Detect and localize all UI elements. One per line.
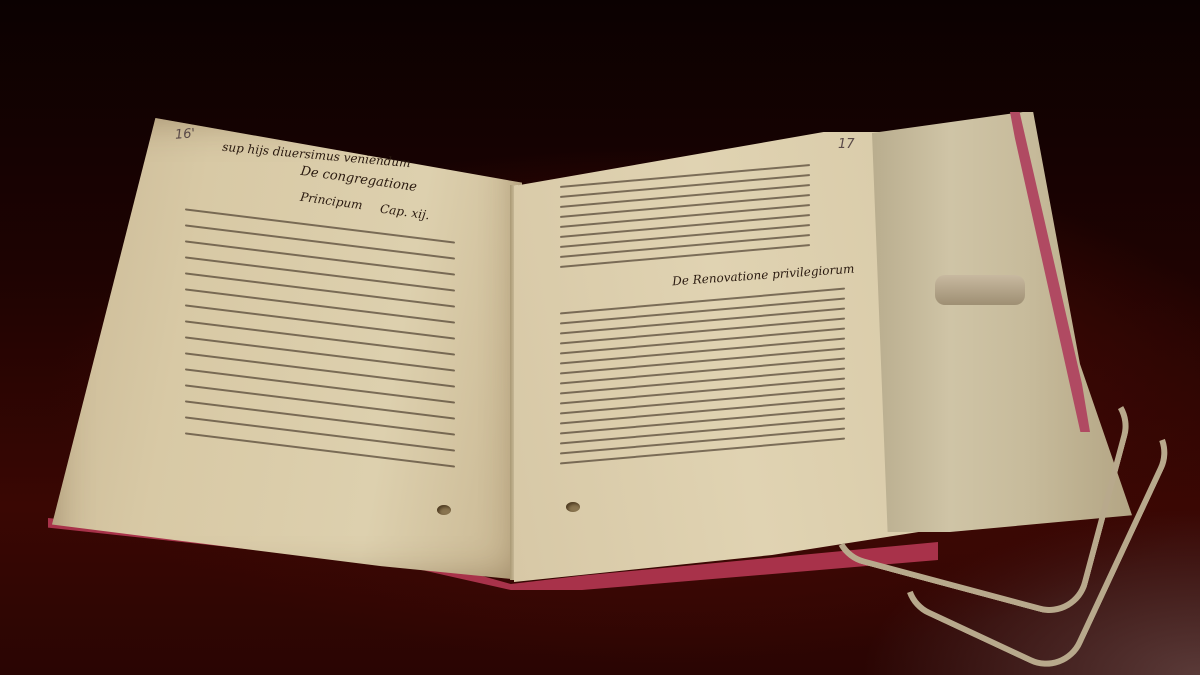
leather-strap (935, 275, 1025, 305)
sewing-hole (566, 502, 580, 512)
left-folio-number: 16' (175, 126, 196, 142)
right-folio-number: 17 (838, 137, 855, 152)
photograph-scene: 16' sup hijs diuersimus veniendum De con… (0, 0, 1200, 675)
right-lower-text-lines (560, 288, 845, 473)
left-text-lines (185, 208, 455, 481)
sewing-hole (437, 505, 451, 515)
